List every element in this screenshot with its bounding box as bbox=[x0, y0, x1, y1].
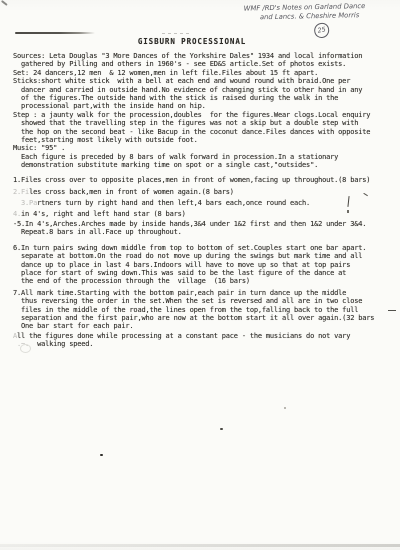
typed-text: Repeat.8 bars in all.Face up throughout. bbox=[13, 228, 182, 236]
typed-text: ll the figures done while processing at … bbox=[17, 332, 350, 340]
handwritten-annotation: WMF /RD's Notes on Garland Dance and Lan… bbox=[244, 1, 397, 39]
typed-text: dancer and carried in outside hand.No ev… bbox=[13, 86, 362, 94]
scanned-document-page: { "annotation": { "line1": "WMF /RD's No… bbox=[0, 0, 400, 550]
faded-text: A bbox=[13, 332, 17, 340]
typed-text: Set: 24 dancers,12 men & 12 women,men in… bbox=[13, 69, 318, 77]
typed-text: Sticks:short white stick with a bell at … bbox=[13, 77, 350, 85]
typed-text: gathered by Pilling and others in 1960's… bbox=[13, 60, 346, 68]
text-line: 1.Files cross over to opposite places,me… bbox=[13, 176, 398, 184]
text-line: 4.in 4's, right and left hand star (8 ba… bbox=[13, 210, 398, 218]
scan-speck bbox=[220, 428, 223, 430]
typed-text: separation and the first pair,who are no… bbox=[13, 314, 374, 322]
text-line: 2.Files cross back,men in front of women… bbox=[13, 188, 398, 196]
faded-text: 3.Pa bbox=[13, 199, 37, 207]
paragraph: 2.Files cross back,men in front of women… bbox=[13, 188, 398, 196]
text-line: of the figures.The outside hand with the… bbox=[13, 94, 398, 102]
text-line: demonstration substitute marking time on… bbox=[13, 161, 398, 169]
paragraph: All the figures done while processing at… bbox=[13, 332, 398, 349]
text-line: .~. walking speed. bbox=[13, 340, 398, 348]
typed-text: walking speed. bbox=[33, 340, 93, 348]
text-line: Step : a jaunty walk for the procession,… bbox=[13, 111, 398, 119]
faded-text: 4. bbox=[13, 210, 21, 218]
typed-text: les cross back,men in front of women aga… bbox=[29, 188, 234, 196]
typed-text: feet,starting most likely with outside f… bbox=[13, 136, 198, 144]
typed-text: place for start of swing down.This was s… bbox=[13, 269, 346, 277]
typed-text: showed that the travelling step in the f… bbox=[13, 119, 358, 127]
text-line: dance up to place in last 4 bars.Indoors… bbox=[13, 261, 398, 269]
faded-text: 2.Fi bbox=[13, 188, 29, 196]
text-line: Sticks:short white stick with a bell at … bbox=[13, 77, 398, 85]
typed-text: in 4's, right and left hand star (8 bars… bbox=[21, 210, 186, 218]
typed-text: the end of the procession through the vi… bbox=[13, 277, 250, 285]
text-line: place for start of swing down.This was s… bbox=[13, 269, 398, 277]
paragraph: 3.Partners turn by right hand and then l… bbox=[13, 199, 398, 207]
typed-text: separate at bottom.On the road do not mo… bbox=[13, 252, 362, 260]
typed-text: processional part,with the inside hand o… bbox=[13, 102, 206, 110]
strike-line-top-left bbox=[15, 32, 95, 34]
typed-text: rtners turn by right hand and then left,… bbox=[37, 199, 310, 207]
typed-text: Music: "95" . bbox=[13, 144, 65, 152]
paragraph: Sources: Leta Douglas "3 More Dances of … bbox=[13, 52, 398, 169]
typed-text: demonstration substitute marking time on… bbox=[13, 161, 318, 169]
typed-text: 7.All mark time.Starting with the bottom… bbox=[13, 289, 346, 297]
paragraph: -5.In 4's,Arches.Arches made by inside h… bbox=[13, 220, 398, 237]
text-line: the hop on the second beat - like Bacup … bbox=[13, 128, 398, 136]
text-line: processional part,with the inside hand o… bbox=[13, 102, 398, 110]
text-line: dancer and carried in outside hand.No ev… bbox=[13, 86, 398, 94]
pen-mark-top-left bbox=[1, 0, 7, 5]
typed-text: Step : a jaunty walk for the procession,… bbox=[13, 111, 370, 119]
text-line: Music: "95" . bbox=[13, 144, 398, 152]
typed-text: Sources: Leta Douglas "3 More Dances of … bbox=[13, 52, 362, 60]
paragraph: 4.in 4's, right and left hand star (8 ba… bbox=[13, 210, 398, 218]
faint-dashes-top bbox=[162, 33, 192, 34]
typed-text: -5.In 4's,Arches.Arches made by inside h… bbox=[13, 220, 366, 228]
scan-speck bbox=[100, 454, 103, 456]
text-line: showed that the travelling step in the f… bbox=[13, 119, 398, 127]
text-line: the end of the procession through the vi… bbox=[13, 277, 398, 285]
text-line: 3.Partners turn by right hand and then l… bbox=[13, 199, 398, 207]
faded-text: .~. bbox=[13, 340, 33, 348]
scan-edge-band bbox=[0, 544, 400, 547]
paragraph: 1.Files cross over to opposite places,me… bbox=[13, 176, 398, 184]
text-line: thus reversing the order in the set.When… bbox=[13, 297, 398, 305]
typed-text: files in the middle of the road,the line… bbox=[13, 306, 358, 314]
text-line: One bar start for each pair. bbox=[13, 322, 398, 330]
text-line: feet,starting most likely with outside f… bbox=[13, 136, 398, 144]
paragraph: 6.In turn pairs swing down middle from t… bbox=[13, 244, 398, 286]
text-line: Set: 24 dancers,12 men & 12 women,men in… bbox=[13, 69, 398, 77]
text-line: Sources: Leta Douglas "3 More Dances of … bbox=[13, 52, 398, 60]
page-title: GISBURN PROCESSIONAL bbox=[0, 37, 384, 46]
text-line: separate at bottom.On the road do not mo… bbox=[13, 252, 398, 260]
scan-speck bbox=[284, 407, 286, 409]
typed-text: One bar start for each pair. bbox=[13, 322, 133, 330]
typed-text: 1.Files cross over to opposite places,me… bbox=[13, 176, 370, 184]
text-line: 6.In turn pairs swing down middle from t… bbox=[13, 244, 398, 252]
typed-text: dance up to place in last 4 bars.Indoors… bbox=[13, 261, 350, 269]
text-line: Each figure is preceded by 8 bars of wal… bbox=[13, 153, 398, 161]
typed-text: the hop on the second beat - like Bacup … bbox=[13, 128, 370, 136]
text-line: separation and the first pair,who are no… bbox=[13, 314, 398, 322]
text-line: Repeat.8 bars in all.Face up throughout. bbox=[13, 228, 398, 236]
document-body: Sources: Leta Douglas "3 More Dances of … bbox=[13, 52, 398, 349]
typed-text: thus reversing the order in the set.When… bbox=[13, 297, 362, 305]
text-line: -5.In 4's,Arches.Arches made by inside h… bbox=[13, 220, 398, 228]
text-line: files in the middle of the road,the line… bbox=[13, 306, 398, 314]
typed-text: 6.In turn pairs swing down middle from t… bbox=[13, 244, 366, 252]
text-line: All the figures done while processing at… bbox=[13, 332, 398, 340]
typed-text: of the figures.The outside hand with the… bbox=[13, 94, 338, 102]
paragraph: 7.All mark time.Starting with the bottom… bbox=[13, 289, 398, 331]
text-line: gathered by Pilling and others in 1960's… bbox=[13, 60, 398, 68]
text-line: 7.All mark time.Starting with the bottom… bbox=[13, 289, 398, 297]
typed-text: Each figure is preceded by 8 bars of wal… bbox=[13, 153, 338, 161]
